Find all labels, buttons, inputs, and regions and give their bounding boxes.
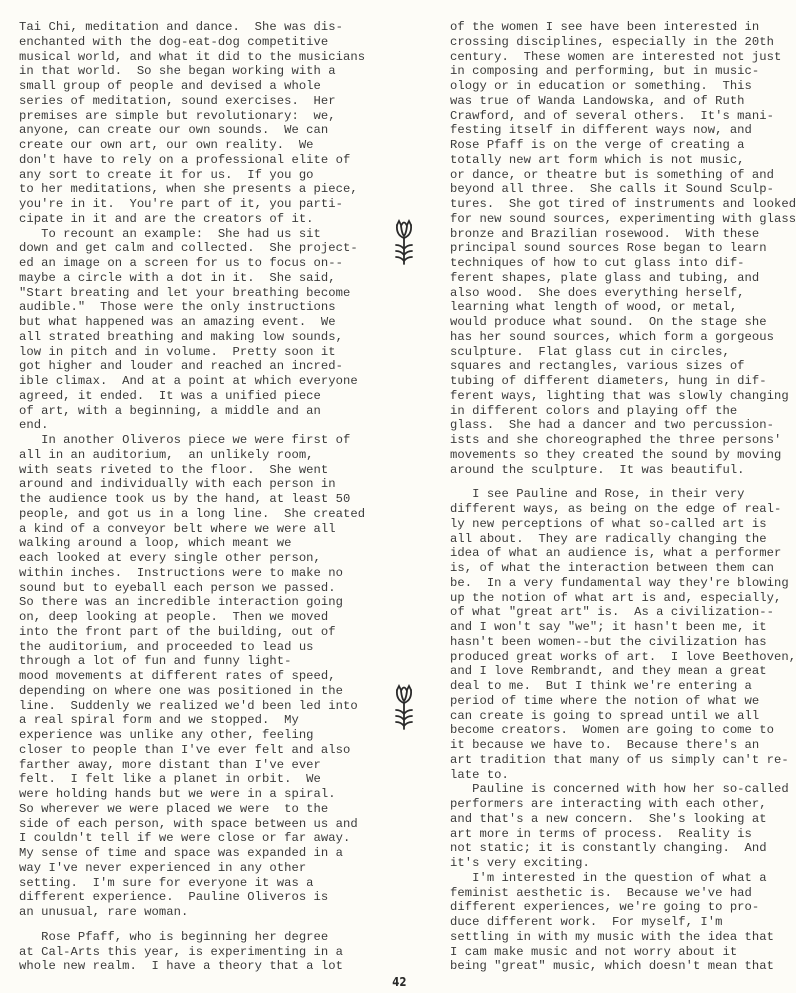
text-line: squares and rectangles, various sizes of [450, 359, 796, 374]
text-line: is, of what the interaction between them… [450, 561, 796, 576]
text-line: all strated breathing and making low sou… [19, 330, 365, 345]
paragraph: Rose Pfaff, who is beginning her degreea… [19, 920, 365, 974]
text-line: create our own art, our own reality. We [19, 138, 365, 153]
text-line: it because we have to. Because there's a… [450, 738, 796, 753]
text-line: low in pitch and in volume. Pretty soon … [19, 345, 365, 360]
text-line: period of time where the notion of what … [450, 694, 796, 709]
text-line: bronze and Brazilian rosewood. With thes… [450, 227, 796, 242]
text-line: Tai Chi, meditation and dance. She was d… [19, 20, 365, 35]
text-line: audible." Those were the only instructio… [19, 300, 365, 315]
text-line: beyond all three. She calls it Sound Scu… [450, 182, 796, 197]
text-line: hasn't been women--but the civilization … [450, 635, 796, 650]
paragraph: In another Oliveros piece we were first … [19, 433, 365, 920]
text-line: within inches. Instructions were to make… [19, 566, 365, 581]
paragraph: Pauline is concerned with how her so-cal… [450, 782, 796, 871]
text-line: you're in it. You're part of it, you par… [19, 197, 365, 212]
text-line: ly new perceptions of what so-called art… [450, 517, 796, 532]
text-line: sound but to eyeball each person we pass… [19, 581, 365, 596]
text-line: ferent shapes, plate glass and tubing, a… [450, 271, 796, 286]
text-line: around and individually with each person… [19, 477, 365, 492]
text-line: Rose Pfaff, who is beginning her degree [19, 930, 365, 945]
text-line: art tradition that many of us simply can… [450, 753, 796, 768]
text-line: or dance, or theatre but is something of… [450, 168, 796, 183]
right-text-column: of the women I see have been interested … [450, 20, 796, 974]
text-line: through a lot of fun and funny light- [19, 654, 365, 669]
text-line: of what "great art" is. As a civilizatio… [450, 605, 796, 620]
text-line: ible climax. And at a point at which eve… [19, 374, 365, 389]
text-line: agreed, it ended. It was a unified piece [19, 389, 365, 404]
text-line: a real spiral form and we stopped. My [19, 713, 365, 728]
paragraph: of the women I see have been interested … [450, 20, 796, 477]
text-line: closer to people than I've ever felt and… [19, 743, 365, 758]
text-line: all in an auditorium, an unlikely room, [19, 448, 365, 463]
text-line: be. In a very fundamental way they're bl… [450, 576, 796, 591]
text-line: My sense of time and space was expanded … [19, 846, 365, 861]
text-line: of the women I see have been interested … [450, 20, 796, 35]
text-line: whole new realm. I have a theory that a … [19, 959, 365, 974]
text-line: people, and got us in a long line. She c… [19, 507, 365, 522]
text-line: "Start breating and let your breathing b… [19, 286, 365, 301]
text-line: glass. She had a dancer and two percussi… [450, 418, 796, 433]
text-line: depending on where one was positioned in… [19, 684, 365, 699]
text-line: ists and she choreographed the three per… [450, 433, 796, 448]
tulip-flower-icon [393, 218, 415, 266]
paragraph: Tai Chi, meditation and dance. She was d… [19, 20, 365, 227]
text-line: late to. [450, 768, 796, 783]
text-line: mood movements at different rates of spe… [19, 669, 365, 684]
text-line: but what happened was an amazing event. … [19, 315, 365, 330]
text-line: I cam make music and not worry about it [450, 945, 796, 960]
text-line: maybe a circle with a dot in it. She sai… [19, 271, 365, 286]
text-line: I see Pauline and Rose, in their very [450, 487, 796, 502]
text-line: end. [19, 418, 365, 433]
text-line: and I love Rembrandt, and they mean a gr… [450, 664, 796, 679]
text-line: any sort to create it for us. If you go [19, 168, 365, 183]
text-line: at Cal-Arts this year, is experimenting … [19, 945, 365, 960]
text-line: duce different work. For myself, I'm [450, 915, 796, 930]
text-line: movements so they created the sound by m… [450, 448, 796, 463]
text-line: line. Suddenly we realized we'd been led… [19, 699, 365, 714]
text-line: cipate in it and are the creators of it. [19, 212, 365, 227]
text-line: settling in with my music with the idea … [450, 930, 796, 945]
text-line: it's very exciting. [450, 856, 796, 871]
text-line: series of meditation, sound exercises. H… [19, 94, 365, 109]
text-line: crossing disciplines, especially in the … [450, 35, 796, 50]
text-line: principal sound sources Rose began to le… [450, 241, 796, 256]
text-line: to her meditations, when she presents a … [19, 182, 365, 197]
text-line: learning what length of wood, or metal, [450, 300, 796, 315]
text-line: has her sound sources, which form a gorg… [450, 330, 796, 345]
text-line: ferent ways, lighting that was slowly ch… [450, 389, 796, 404]
text-line: festing itself in different ways now, an… [450, 123, 796, 138]
text-line: I couldn't tell if we were close or far … [19, 831, 365, 846]
text-line: don't have to rely on a professional eli… [19, 153, 365, 168]
text-line: tures. She got tired of instruments and … [450, 197, 796, 212]
text-line: different ways, as being on the edge of … [450, 502, 796, 517]
text-line: anyone, can create our own sounds. We ca… [19, 123, 365, 138]
text-line: can create is going to spread until we a… [450, 709, 796, 724]
text-line: with seats riveted to the floor. She wen… [19, 463, 365, 478]
text-line: In another Oliveros piece we were first … [19, 433, 365, 448]
text-line: idea of what an audience is, what a perf… [450, 546, 796, 561]
text-line: of art, with a beginning, a middle and a… [19, 404, 365, 419]
text-line: down and get calm and collected. She pro… [19, 241, 365, 256]
page-number: 42 [392, 975, 406, 989]
text-line: techniques of how to cut glass into dif- [450, 256, 796, 271]
paragraph: I'm interested in the question of what a… [450, 871, 796, 974]
text-line: on, deep looking at people. Then we move… [19, 610, 365, 625]
text-line: different experience. Pauline Oliveros i… [19, 890, 365, 905]
text-line: premises are simple but revolutionary: w… [19, 109, 365, 124]
tulip-flower-icon [393, 683, 415, 731]
text-line: in that world. So she began working with… [19, 64, 365, 79]
text-line: also wood. She does everything herself, [450, 286, 796, 301]
text-line: felt. I felt like a planet in orbit. We [19, 772, 365, 787]
text-line: sculpture. Flat glass cut in circles, [450, 345, 796, 360]
left-text-column: Tai Chi, meditation and dance. She was d… [19, 20, 365, 974]
text-line: were holding hands but we were in a spir… [19, 787, 365, 802]
text-line: So there was an incredible interaction g… [19, 595, 365, 610]
text-line: all about. They are radically changing t… [450, 532, 796, 547]
text-line: Rose Pfaff is on the verge of creating a [450, 138, 796, 153]
text-line: deal to me. But I think we're entering a [450, 679, 796, 694]
text-line: different experiences, we're going to pr… [450, 900, 796, 915]
paragraph-spacer [450, 477, 796, 487]
text-line: ology or in education or something. This [450, 79, 796, 94]
text-line: Crawford, and of several others. It's ma… [450, 109, 796, 124]
text-line: walking around a loop, which meant we [19, 536, 365, 551]
text-line: So wherever we were placed we were to th… [19, 802, 365, 817]
text-line: performers are interacting with each oth… [450, 797, 796, 812]
text-line: small group of people and devised a whol… [19, 79, 365, 94]
text-line: would produce what sound. On the stage s… [450, 315, 796, 330]
text-line: not static; it is constantly changing. A… [450, 841, 796, 856]
text-line: tubing of different diameters, hung in d… [450, 374, 796, 389]
text-line: was true of Wanda Landowska, and of Ruth [450, 94, 796, 109]
text-line: farther away, more distant than I've eve… [19, 758, 365, 773]
text-line: ed an image on a screen for us to focus … [19, 256, 365, 271]
text-line: for new sound sources, experimenting wit… [450, 212, 796, 227]
text-line: an unusual, rare woman. [19, 905, 365, 920]
text-line: in different colors and playing off the [450, 404, 796, 419]
text-line: century. These women are interested not … [450, 50, 796, 65]
text-line: each looked at every single other person… [19, 551, 365, 566]
text-line: into the front part of the building, out… [19, 625, 365, 640]
text-line: art more in terms of process. Reality is [450, 827, 796, 842]
text-line: around the sculpture. It was beautiful. [450, 463, 796, 478]
text-line: side of each person, with space between … [19, 817, 365, 832]
text-line: musical world, and what it did to the mu… [19, 50, 365, 65]
text-line: and I won't say "we"; it hasn't been me,… [450, 620, 796, 635]
paragraph: To recount an example: She had us sitdow… [19, 227, 365, 434]
text-line: the auditorium, and proceeded to lead us [19, 640, 365, 655]
text-line: feminist aesthetic is. Because we've had [450, 886, 796, 901]
paragraph: I see Pauline and Rose, in their verydif… [450, 477, 796, 782]
text-line: become creators. Women are going to come… [450, 723, 796, 738]
text-line: and that's a new concern. She's looking … [450, 812, 796, 827]
text-line: enchanted with the dog-eat-dog competiti… [19, 35, 365, 50]
text-line: experience was unlike any other, feeling [19, 728, 365, 743]
text-line: totally new art form which is not music, [450, 153, 796, 168]
paragraph-spacer [19, 920, 365, 930]
text-line: Pauline is concerned with how her so-cal… [450, 782, 796, 797]
text-line: up the notion of what art is and, especi… [450, 591, 796, 606]
text-line: setting. I'm sure for everyone it was a [19, 876, 365, 891]
text-line: way I've never experienced in any other [19, 861, 365, 876]
text-line: I'm interested in the question of what a [450, 871, 796, 886]
text-line: To recount an example: She had us sit [19, 227, 365, 242]
text-line: in composing and performing, but in musi… [450, 64, 796, 79]
text-line: the audience took us by the hand, at lea… [19, 492, 365, 507]
text-line: got higher and louder and reached an inc… [19, 359, 365, 374]
text-line: produced great works of art. I love Beet… [450, 650, 796, 665]
text-line: a kind of a conveyor belt where we were … [19, 522, 365, 537]
text-line: being "great" music, which doesn't mean … [450, 959, 796, 974]
